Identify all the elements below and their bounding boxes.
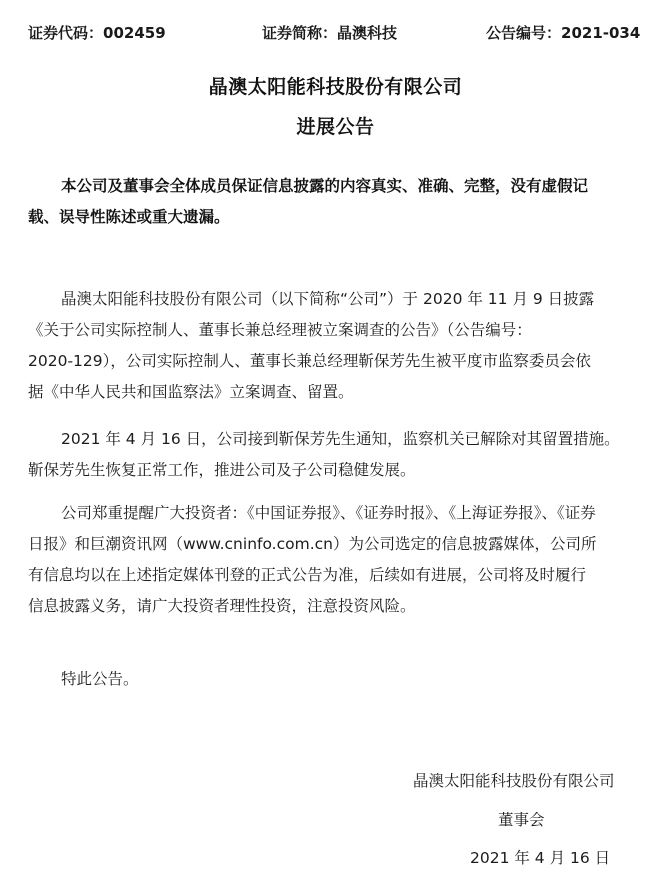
stock-code-value: 002459 [103,24,166,42]
signature-board: 董事会 [498,808,671,830]
paragraph-line: 靳保芳先生恢复正常工作，推进公司及子公司稳健发展。 [28,455,643,486]
paragraph-line: 信息披露义务，请广大投资者理性投资，注意投资风险。 [28,591,643,622]
company-title: 晶澳太阳能科技股份有限公司 [0,72,671,99]
closing-text: 特此公告。 [28,664,643,695]
declaration-paragraph: 本公司及董事会全体成员保证信息披露的内容真实、准确、完整，没有虚假记 载、误导性… [28,171,643,233]
signature-company: 晶澳太阳能科技股份有限公司 [413,769,671,791]
announcement-number: 公告编号：2021-034 [486,22,640,43]
stock-code: 证券代码：002459 [28,22,166,43]
body-paragraph-1: 晶澳太阳能科技股份有限公司（以下简称“公司”）于 2020 年 11 月 9 日… [28,284,643,408]
stock-short-label: 证券简称： [262,24,337,42]
paragraph-line: 2021 年 4 月 16 日，公司接到靳保芳先生通知，监察机关已解除对其留置措… [28,424,643,455]
announcement-number-value: 2021-034 [561,24,640,42]
declaration-line: 本公司及董事会全体成员保证信息披露的内容真实、准确、完整，没有虚假记 [28,171,643,202]
closing-paragraph: 特此公告。 [28,664,643,695]
stock-short-name: 证券简称：晶澳科技 [262,22,397,43]
paragraph-line: 2020-129），公司实际控制人、董事长兼总经理靳保芳先生被平度市监察委员会依 [28,346,643,377]
body-paragraph-2: 2021 年 4 月 16 日，公司接到靳保芳先生通知，监察机关已解除对其留置措… [28,424,643,486]
document-header: 证券代码：002459 证券简称：晶澳科技 公告编号：2021-034 [0,22,671,42]
paragraph-line: 据《中华人民共和国监察法》立案调查、留置。 [28,377,643,408]
announcement-number-label: 公告编号： [486,24,561,42]
stock-code-label: 证券代码： [28,24,103,42]
paragraph-line: 日报》和巨潮资讯网（www.cninfo.com.cn）为公司选定的信息披露媒体… [28,529,643,560]
paragraph-line: 《关于公司实际控制人、董事长兼总经理被立案调查的公告》（公告编号： [28,315,643,346]
signature-date: 2021 年 4 月 16 日 [470,846,671,868]
document-title: 进展公告 [0,112,671,139]
paragraph-line: 有信息均以在上述指定媒体刊登的正式公告为准，后续如有进展，公司将及时履行 [28,560,643,591]
body-paragraph-3: 公司郑重提醒广大投资者：《中国证券报》、《证券时报》、《上海证券报》、《证券 日… [28,498,643,622]
paragraph-line: 晶澳太阳能科技股份有限公司（以下简称“公司”）于 2020 年 11 月 9 日… [28,284,643,315]
stock-short-value: 晶澳科技 [337,24,397,42]
paragraph-line: 公司郑重提醒广大投资者：《中国证券报》、《证券时报》、《上海证券报》、《证券 [28,498,643,529]
declaration-line: 载、误导性陈述或重大遗漏。 [28,202,643,233]
